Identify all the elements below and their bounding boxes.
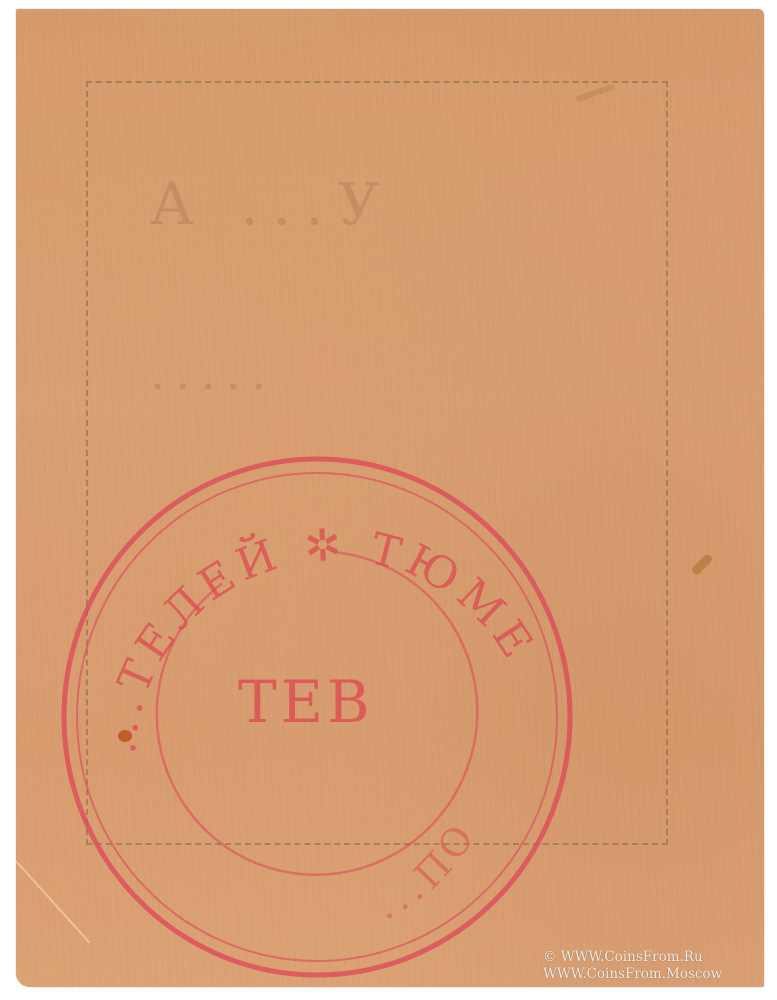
- stamp-center-text: ТЕВ: [238, 668, 374, 736]
- watermark-line-2: WWW.CoinsFrom.Moscow: [543, 966, 722, 983]
- faint-printed-text-top: А ...У: [150, 170, 394, 238]
- faint-printed-text-middle: .....: [150, 345, 276, 401]
- copyright-watermark: © WWW.CoinsFrom.Ru WWW.CoinsFrom.Moscow: [543, 949, 722, 983]
- watermark-line-1: © WWW.CoinsFrom.Ru: [543, 949, 722, 966]
